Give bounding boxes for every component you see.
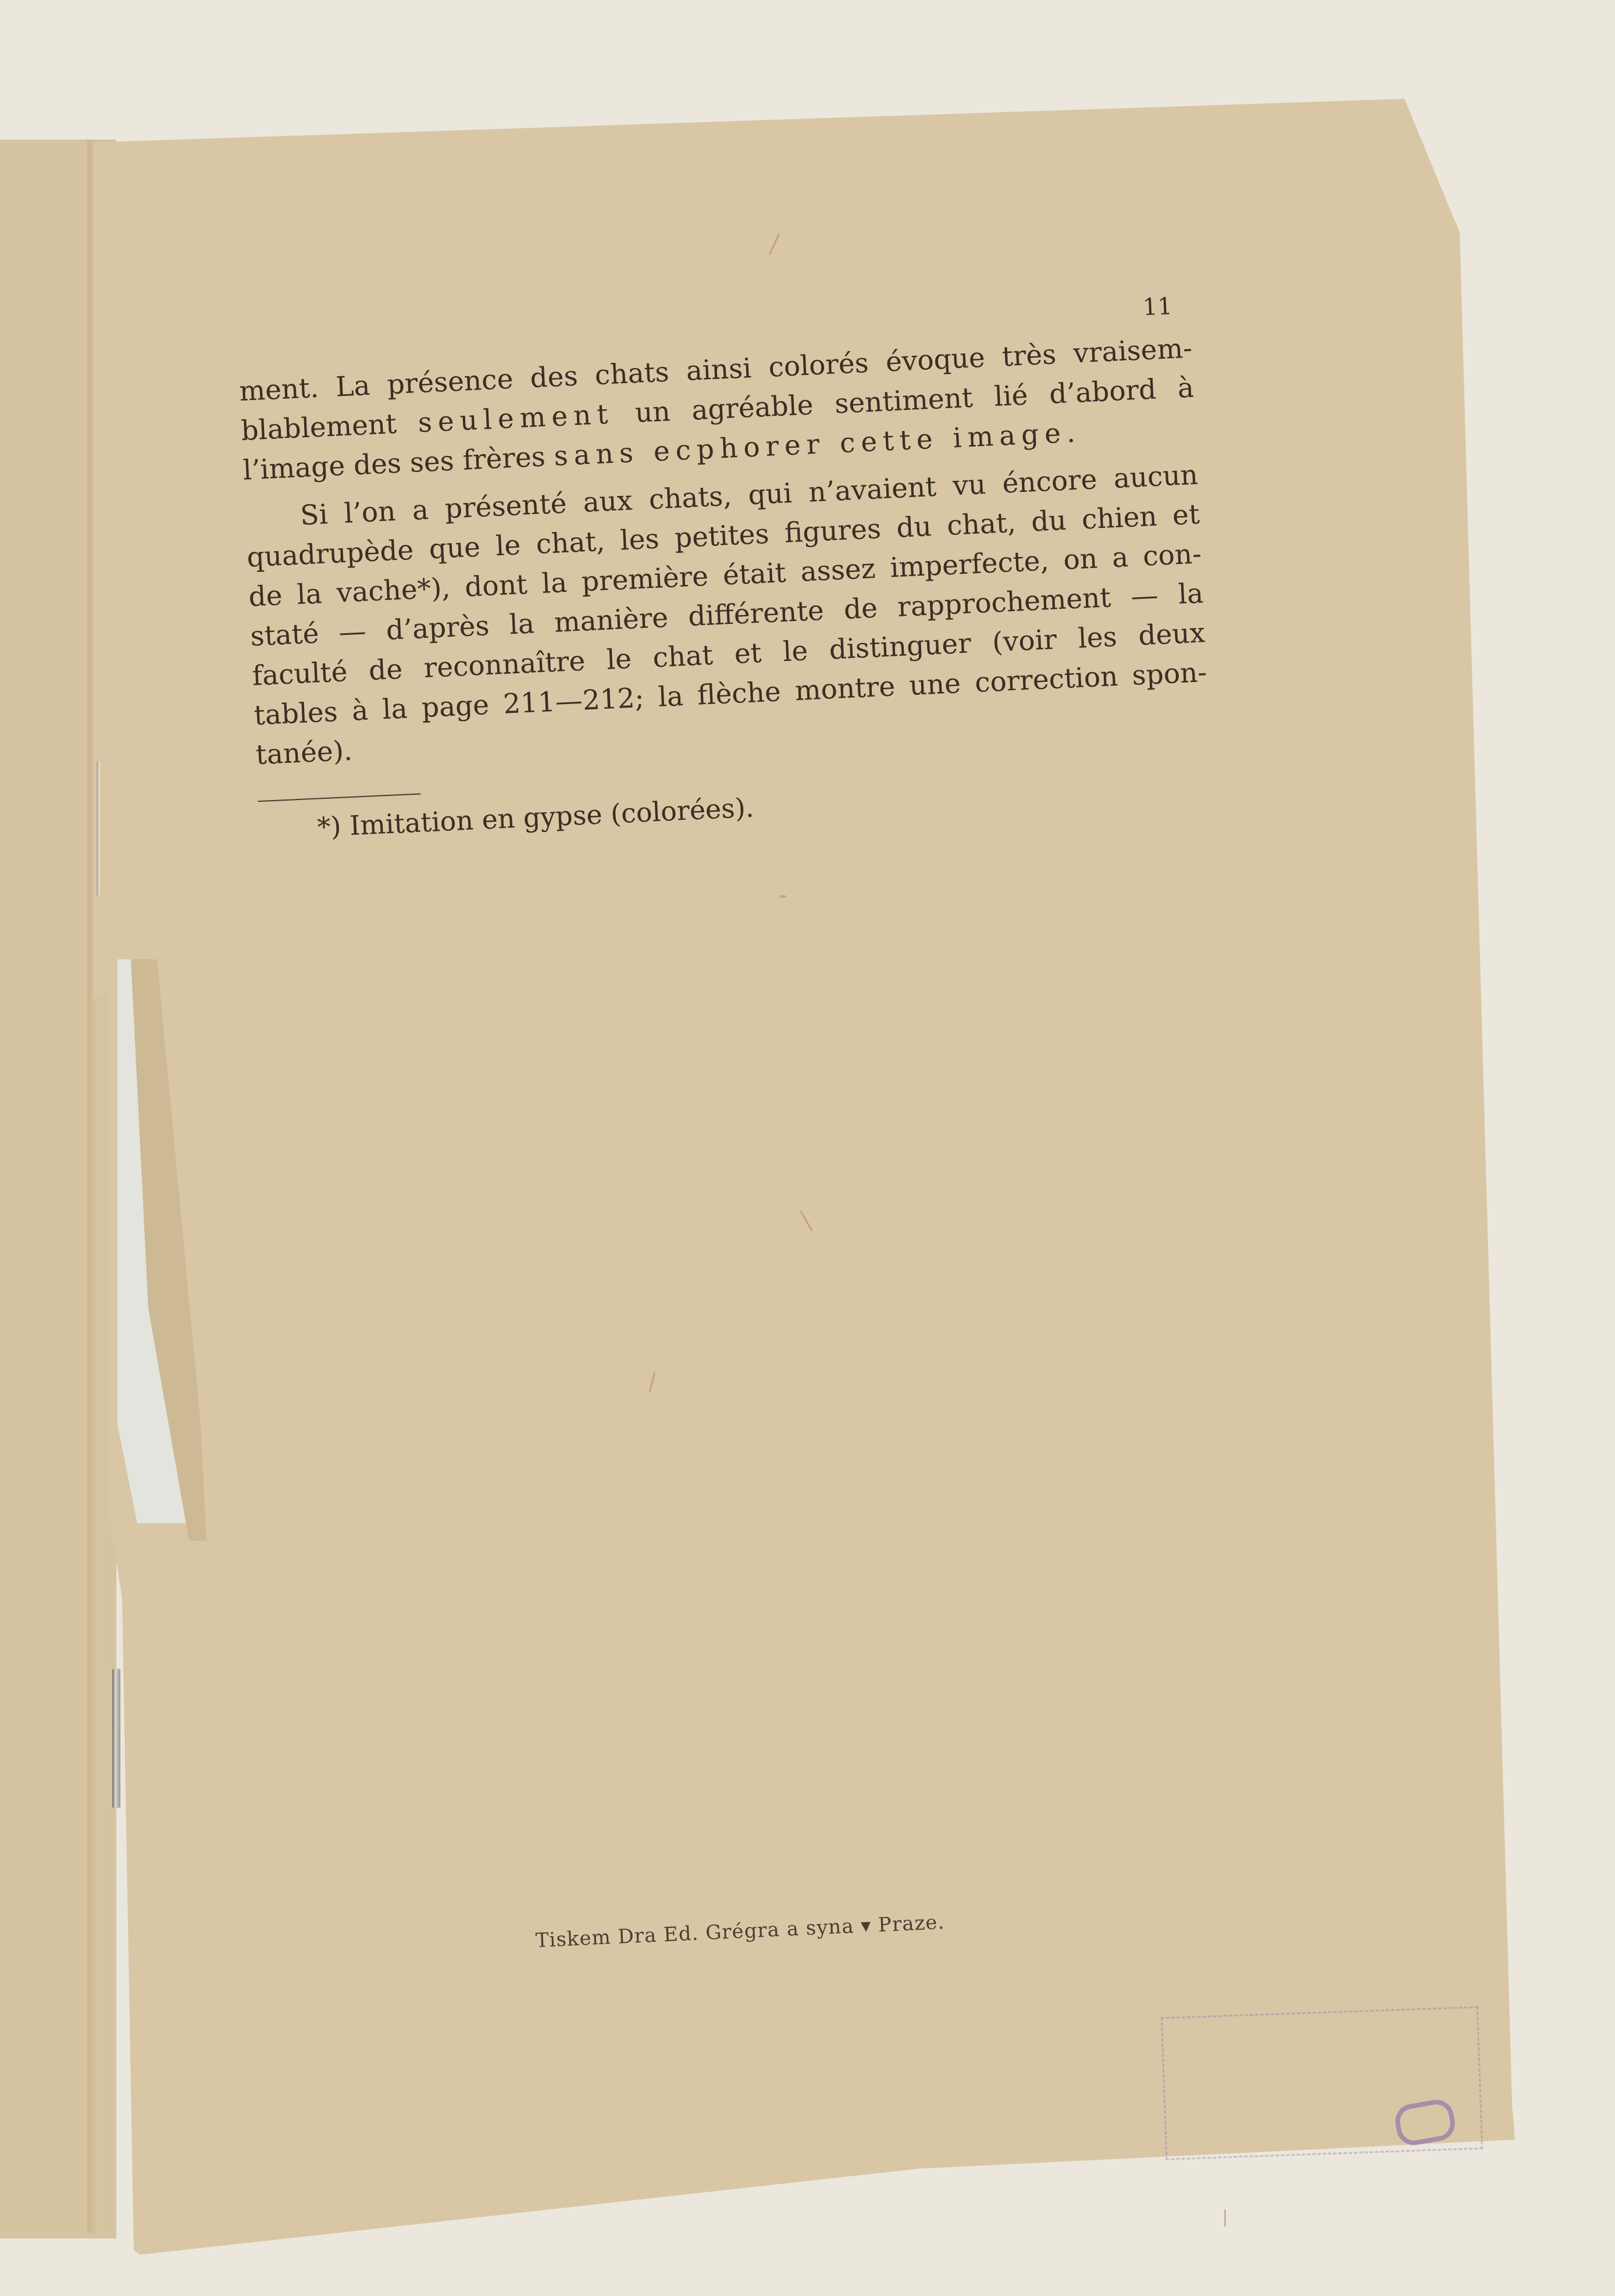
paragraph: Si l’on a présenté aux chats, qui n’avai…	[244, 455, 1210, 775]
paper-fiber	[779, 895, 786, 898]
emphasis-text: seulement	[418, 398, 615, 439]
text-run: blablement	[240, 407, 419, 447]
paper-fiber	[1224, 2209, 1226, 2227]
staple-icon	[112, 1669, 120, 1808]
body-text: ment. La présence des chats ainsi coloré…	[238, 329, 1213, 850]
footnote-divider	[258, 794, 420, 802]
page-number: 11	[1142, 293, 1173, 321]
document-page	[0, 0, 1615, 2296]
staple-icon	[97, 762, 100, 895]
